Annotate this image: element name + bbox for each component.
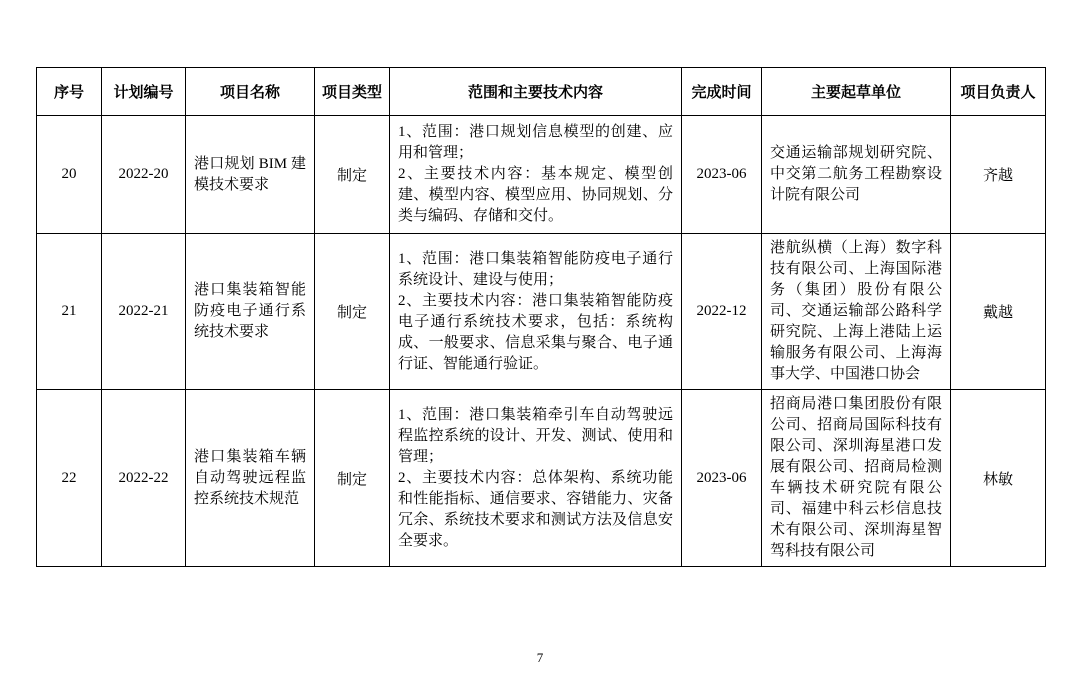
table-header-row: 序号 计划编号 项目名称 项目类型 范围和主要技术内容 完成时间 主要起草单位 … [37,68,1046,116]
cell-finish-time: 2022-12 [682,234,762,390]
cell-project-type: 制定 [315,116,390,234]
cell-plan-no: 2022-20 [102,116,186,234]
col-header-drafters: 主要起草单位 [762,68,951,116]
col-header-finish-time: 完成时间 [682,68,762,116]
table-row: 22 2022-22 港口集装箱车辆自动驾驶远程监控系统技术规范 制定 1、范围… [37,390,1046,567]
table-row: 20 2022-20 港口规划 BIM 建模技术要求 制定 1、范围：港口规划信… [37,116,1046,234]
col-header-project-name: 项目名称 [186,68,315,116]
cell-finish-time: 2023-06 [682,390,762,567]
cell-leader: 林敏 [951,390,1046,567]
cell-seq: 22 [37,390,102,567]
cell-drafters: 港航纵横（上海）数字科技有限公司、上海国际港务（集团）股份有限公司、交通运输部公… [762,234,951,390]
cell-finish-time: 2023-06 [682,116,762,234]
cell-project-type: 制定 [315,234,390,390]
standards-plan-table: 序号 计划编号 项目名称 项目类型 范围和主要技术内容 完成时间 主要起草单位 … [36,67,1046,567]
col-header-plan-no: 计划编号 [102,68,186,116]
col-header-scope: 范围和主要技术内容 [390,68,682,116]
cell-plan-no: 2022-21 [102,234,186,390]
table-row: 21 2022-21 港口集装箱智能防疫电子通行系统技术要求 制定 1、范围：港… [37,234,1046,390]
cell-project-type: 制定 [315,390,390,567]
cell-project-name: 港口集装箱智能防疫电子通行系统技术要求 [186,234,315,390]
cell-drafters: 交通运输部规划研究院、中交第二航务工程勘察设计院有限公司 [762,116,951,234]
cell-project-name: 港口集装箱车辆自动驾驶远程监控系统技术规范 [186,390,315,567]
cell-leader: 齐越 [951,116,1046,234]
cell-seq: 21 [37,234,102,390]
cell-scope: 1、范围：港口集装箱智能防疫电子通行系统设计、建设与使用； 2、主要技术内容：港… [390,234,682,390]
cell-plan-no: 2022-22 [102,390,186,567]
col-header-project-type: 项目类型 [315,68,390,116]
col-header-leader: 项目负责人 [951,68,1046,116]
page-number: 7 [0,650,1080,666]
cell-scope: 1、范围：港口规划信息模型的创建、应用和管理； 2、主要技术内容：基本规定、模型… [390,116,682,234]
cell-scope: 1、范围：港口集装箱牵引车自动驾驶远程监控系统的设计、开发、测试、使用和管理； … [390,390,682,567]
col-header-seq: 序号 [37,68,102,116]
document-page: 序号 计划编号 项目名称 项目类型 范围和主要技术内容 完成时间 主要起草单位 … [0,0,1080,694]
cell-project-name: 港口规划 BIM 建模技术要求 [186,116,315,234]
cell-seq: 20 [37,116,102,234]
cell-drafters: 招商局港口集团股份有限公司、招商局国际科技有限公司、深圳海星港口发展有限公司、招… [762,390,951,567]
cell-leader: 戴越 [951,234,1046,390]
